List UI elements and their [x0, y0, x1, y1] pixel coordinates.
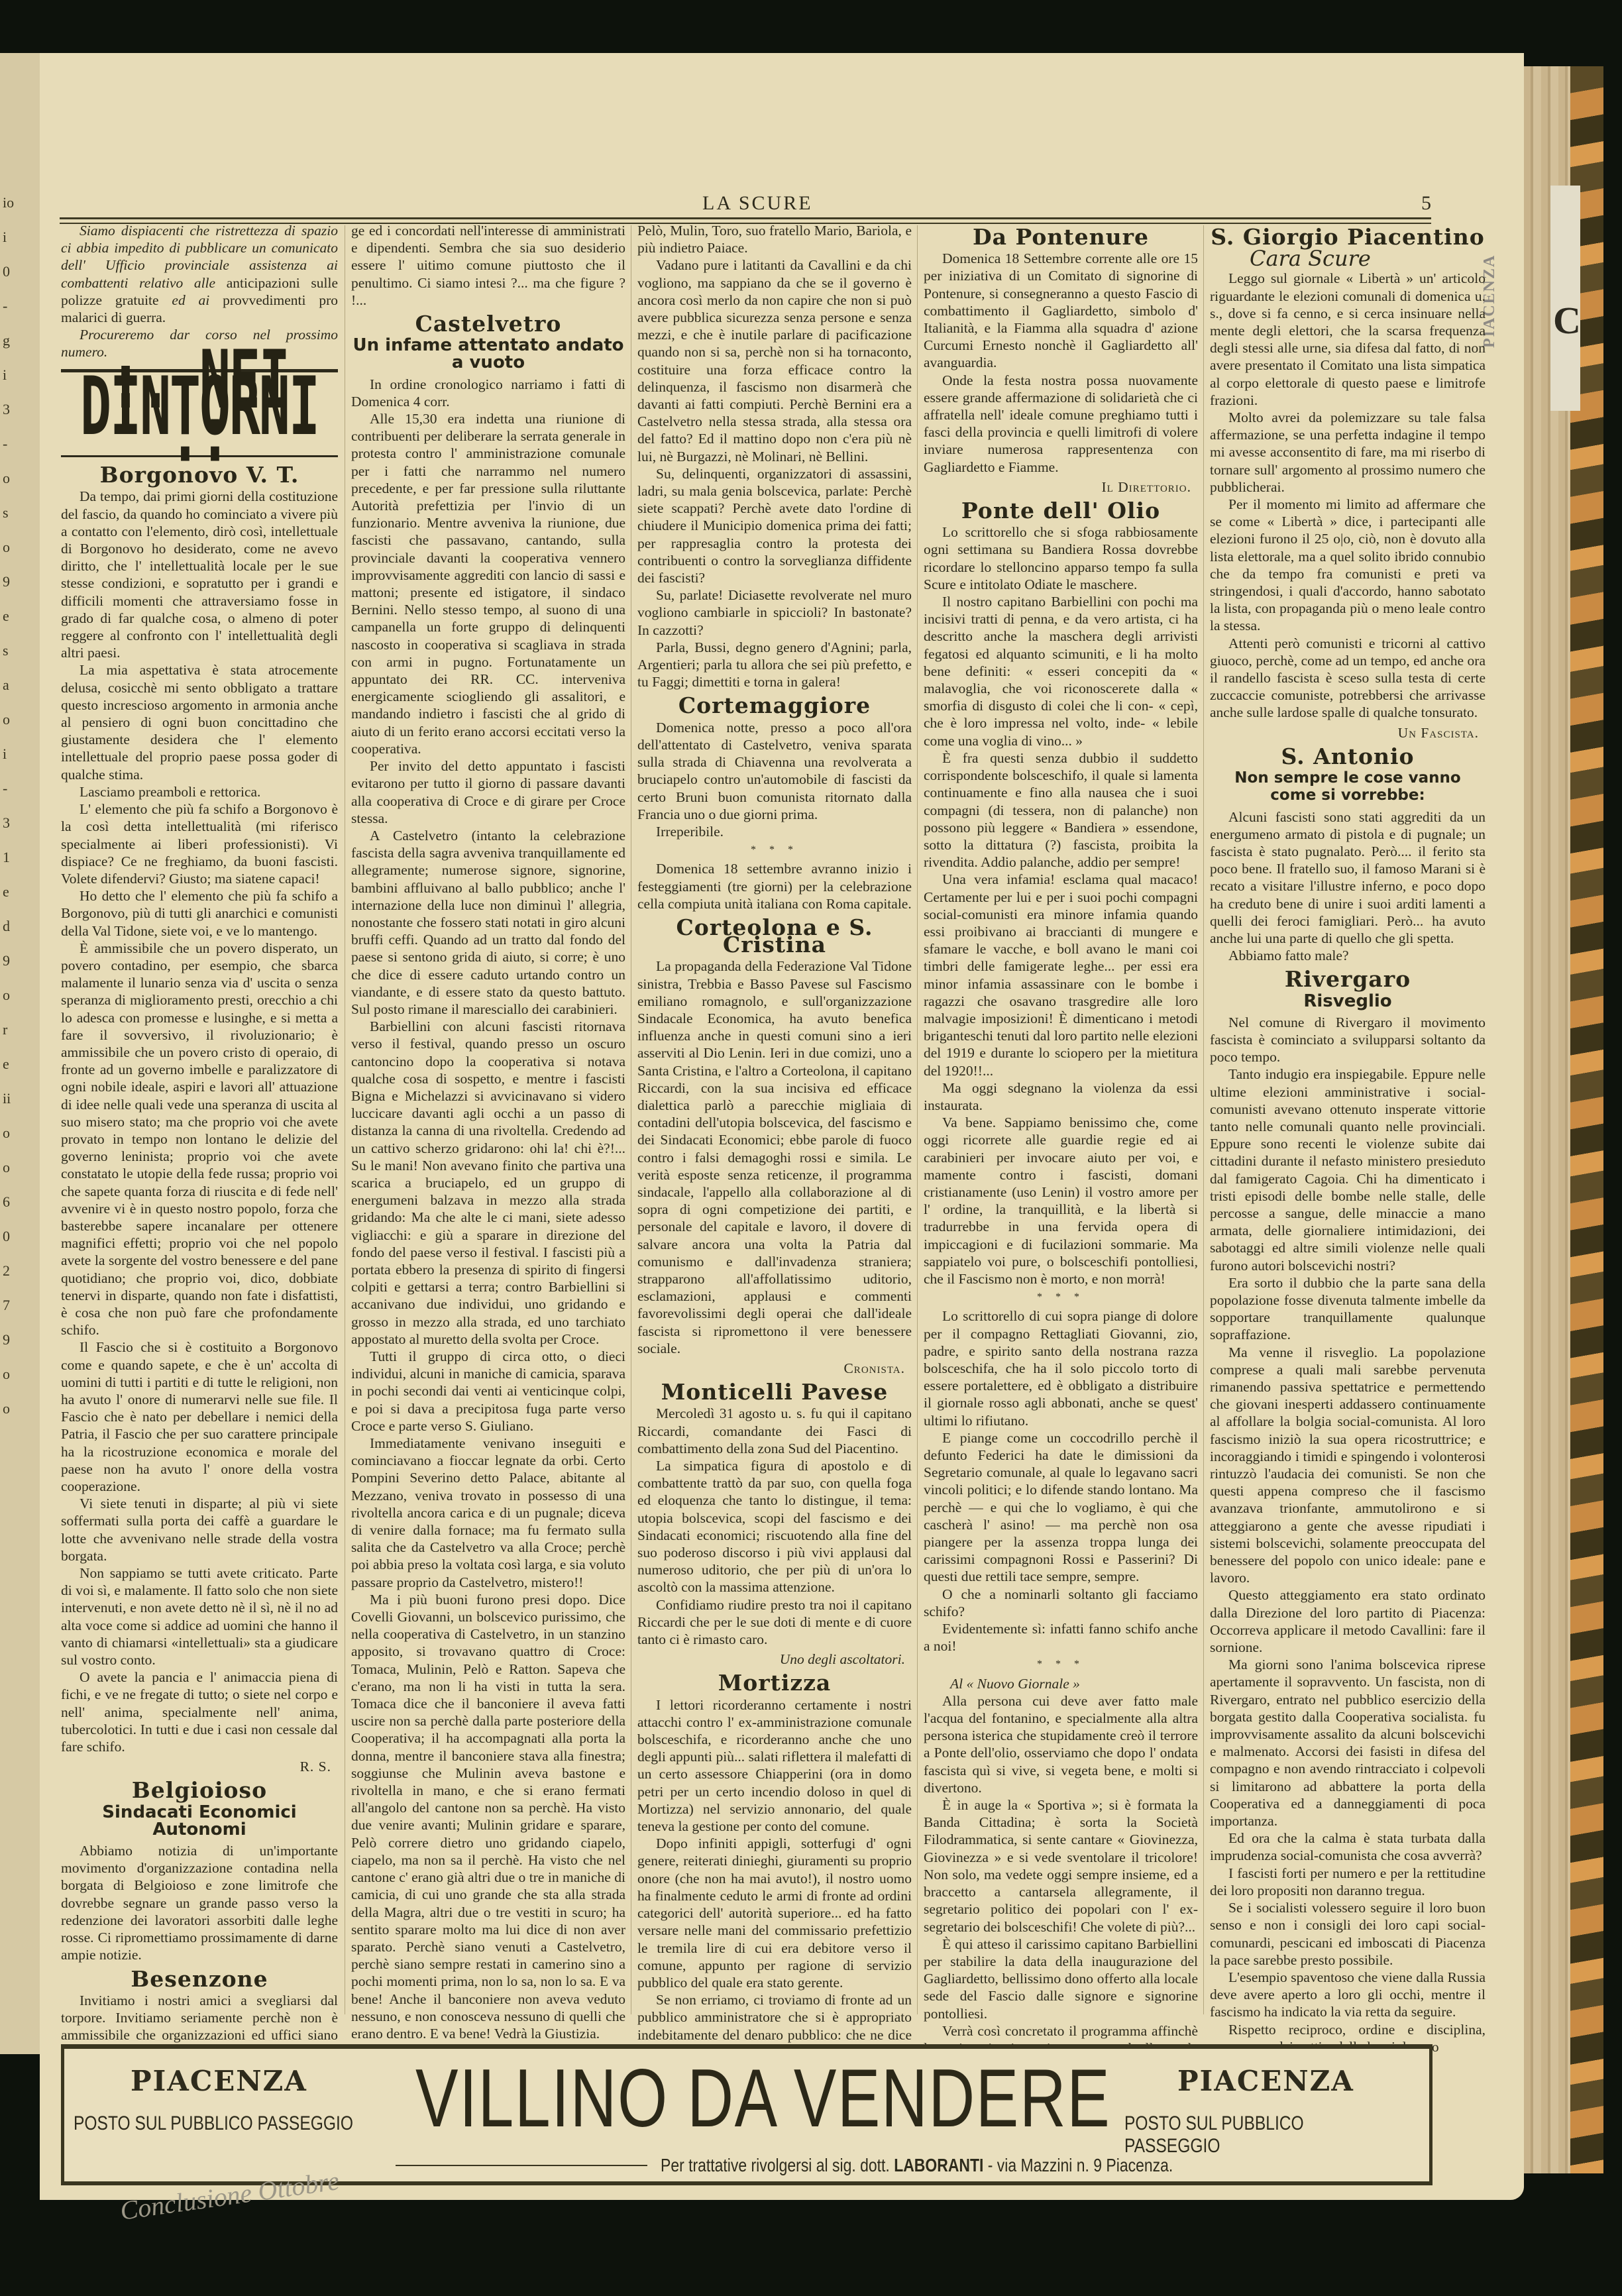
letter-salutation: Cara Scure	[1250, 250, 1486, 267]
article-body-castelvetro: In ordine cronologico narriamo i fatti d…	[351, 376, 625, 2095]
paragraph: Se i socialisti volessero seguire il lor…	[1210, 1899, 1486, 1969]
paragraph: Da tempo, dai primi giorni della costitu…	[61, 488, 338, 661]
letter-title: Al « Nuovo Giornale »	[950, 1675, 1198, 1692]
article-body-cortemaggiore-2: Domenica 18 settembre avranno inizio i f…	[637, 860, 912, 912]
paragraph: Era sorto il dubbio che la parte sana de…	[1210, 1274, 1486, 1344]
edge-glyph: 9	[3, 565, 29, 599]
adjacent-page-text: ioi0-gi3-oso9esaoi-31ed9oreiioo60279oo	[3, 186, 29, 1975]
edge-glyph: 0	[3, 1219, 29, 1254]
article-body-borgonovo: Da tempo, dai primi giorni della costitu…	[61, 488, 338, 1755]
paragraph: L' elemento che più fa schifo a Borgonov…	[61, 800, 338, 887]
edge-glyph: io	[3, 186, 29, 220]
paragraph: L'esempio spaventoso che viene dalla Rus…	[1210, 1969, 1486, 2021]
column-3: Pelò, Mulin, Toro, suo fratello Mario, B…	[637, 222, 912, 2083]
paragraph: Ma i più buoni furono presi dopo. Dice C…	[351, 1591, 625, 2042]
ad-subtitle-left: POSTO SUL PUBBLICO PASSEGGIO	[74, 2112, 353, 2135]
paragraph: Ma giorni sono l'anima bolscevica ripres…	[1210, 1656, 1486, 1830]
article-heading-monticelli: Monticelli Pavese	[637, 1384, 912, 1401]
article-heading-s-antonio: S. Antonio	[1210, 748, 1486, 765]
edge-glyph: 3	[3, 806, 29, 840]
paragraph: Lasciamo preamboli e rettorica.	[61, 783, 338, 800]
paragraph: Evidentemente sì: infatti fanno schifo a…	[924, 1620, 1198, 1655]
paragraph: Domenica 18 Settembre corrente alle ore …	[924, 250, 1198, 371]
paragraph: Su, parlate! Diciasette revolverate nel …	[637, 586, 912, 639]
article-heading-castelvetro: Castelvetro	[351, 315, 625, 333]
article-body-monticelli: Mercoledì 31 agosto u. s. fu qui il capi…	[637, 1405, 912, 1648]
edge-glyph: 3	[3, 392, 29, 427]
continued-text: Pelò, Mulin, Toro, suo fratello Mario, B…	[637, 222, 912, 690]
paragraph: Dopo infiniti appigli, sotterfugi d' ogn…	[637, 1835, 912, 1991]
paragraph: E piange come un coccodrillo perchè il d…	[924, 1429, 1198, 1586]
paragraph: Per invito del detto appuntato i fascist…	[351, 757, 625, 827]
article-heading-corteolona: Corteolona e S. Cristina	[637, 919, 912, 954]
column-divider	[1203, 225, 1204, 2014]
article-subheading-s-antonio: Non sempre le cose vanno come si vorrebb…	[1210, 769, 1486, 804]
article-body-s-giorgio: Leggo sul giornale « Libertà » un' artic…	[1210, 270, 1486, 721]
paragraph: È qui atteso il carissimo capitano Barbi…	[924, 1936, 1198, 2022]
edge-glyph: 0	[3, 254, 29, 289]
article-subheading-castelvetro: Un infame attentato andato a vuoto	[351, 337, 625, 371]
article-body-belgioioso: Abbiamo notizia di un'importante movimen…	[61, 1842, 338, 1963]
paragraph: Ma venne il risveglio. La popolazione co…	[1210, 1344, 1486, 1587]
edge-glyph: 7	[3, 1288, 29, 1323]
paragraph: Non sappiamo se tutti avete criticato. P…	[61, 1564, 338, 1668]
paragraph: A Castelvetro (intanto la celebrazione f…	[351, 827, 625, 1018]
edge-glyph: 2	[3, 1254, 29, 1288]
paragraph: La mia aspettativa è stata atrocemente d…	[61, 661, 338, 783]
paragraph: Nel comune di Rivergaro il movimento fas…	[1210, 1014, 1486, 1066]
edge-glyph: i	[3, 358, 29, 392]
paragraph: Barbiellini con alcuni fascisti ritornav…	[351, 1018, 625, 1348]
paragraph: Abbiamo notizia di un'importante movimen…	[61, 1842, 338, 1963]
edge-glyph: o	[3, 461, 29, 496]
column-divider	[345, 225, 345, 2014]
edge-glyph: o	[3, 1392, 29, 1426]
article-heading-s-giorgio: S. Giorgio Piacentino	[1210, 229, 1486, 246]
edge-glyph: r	[3, 1012, 29, 1047]
edge-glyph: d	[3, 909, 29, 944]
paragraph: Ed ora che la calma è stata turbata dall…	[1210, 1830, 1486, 1864]
paragraph: Una vera infamia! esclama qual macaco! C…	[924, 871, 1198, 1079]
article-body-pontenure: Domenica 18 Settembre corrente alle ore …	[924, 250, 1198, 476]
edge-glyph: s	[3, 496, 29, 530]
ad-city-left: PIACENZA	[131, 2065, 307, 2097]
article-heading-mortizza: Mortizza	[637, 1674, 912, 1692]
article-subheading-rivergaro: Risveglio	[1210, 993, 1486, 1010]
article-heading-belgioioso: Belgioioso	[61, 1782, 338, 1799]
paragraph: I lettori ricorderanno certamente i nost…	[637, 1696, 912, 1835]
edge-glyph: g	[3, 323, 29, 358]
edge-glyph: i	[3, 220, 29, 254]
article-body-ponte-olio-2: Lo scrittorello di cui sopra piange di d…	[924, 1307, 1198, 1655]
paragraph: Attenti però comunisti e tricorni al cat…	[1210, 635, 1486, 722]
article-signature: Un Fascista.	[1210, 724, 1479, 741]
article-heading-pontenure: Da Pontenure	[924, 229, 1198, 246]
paragraph: Alle 15,30 era indetta una riunione di c…	[351, 410, 625, 757]
paragraph: I fascisti forti per numero e per la ret…	[1210, 1865, 1486, 1899]
paragraph: Confidiamo riudire presto tra noi il cap…	[637, 1596, 912, 1649]
edge-glyph: 9	[3, 944, 29, 978]
paragraph: Vadano pure i latitanti da Cavallini e d…	[637, 256, 912, 465]
edge-glyph: -	[3, 289, 29, 323]
column-4: Da Pontenure Domenica 18 Settembre corre…	[924, 222, 1198, 2092]
edge-glyph: o	[3, 1116, 29, 1150]
article-body-nuovo-giornale: Alla persona cui deve aver fatto male l'…	[924, 1692, 1198, 2092]
paragraph: Su, delinquenti, organizzatori di assass…	[637, 465, 912, 586]
paragraph: È ammissibile che un povero disperato, u…	[61, 940, 338, 1339]
ad-city-right: PIACENZA	[1177, 2065, 1354, 2097]
edge-glyph: -	[3, 771, 29, 806]
article-body-ponte-olio: Lo scrittorello che si sfoga rabbiosamen…	[924, 523, 1198, 1287]
edge-glyph: o	[3, 702, 29, 737]
edge-glyph: e	[3, 875, 29, 909]
paragraph: Va bene. Sappiamo benissimo che, come og…	[924, 1114, 1198, 1287]
paragraph: Alla persona cui deve aver fatto male l'…	[924, 1692, 1198, 1796]
ad-subtitle-right: POSTO SUL PUBBLICO PASSEGGIO	[1124, 2112, 1374, 2158]
advertisement-villino: PIACENZA POSTO SUL PUBBLICO PASSEGGIO VI…	[61, 2044, 1433, 2185]
article-heading-ponte-olio: Ponte dell' Olio	[924, 502, 1198, 519]
paragraph: Leggo sul giornale « Libertà » un' artic…	[1210, 270, 1486, 409]
article-body-cortemaggiore: Domenica notte, presso a poco all'ora de…	[637, 719, 912, 840]
paragraph: Pelò, Mulin, Toro, suo fratello Mario, B…	[637, 222, 912, 256]
paragraph: Lo scrittorello di cui sopra piange di d…	[924, 1307, 1198, 1429]
column-5: S. Giorgio Piacentino Cara Scure Leggo s…	[1210, 222, 1486, 2055]
edge-glyph: o	[3, 1150, 29, 1185]
column-divider	[917, 225, 918, 2014]
newspaper-title: LA SCURE	[702, 192, 813, 215]
article-body-corteolona: La propaganda della Federazione Val Tido…	[637, 957, 912, 1357]
continued-text: ge ed i concordati nell'interesse di amm…	[351, 222, 625, 309]
edge-glyph: e	[3, 1047, 29, 1081]
paragraph: In ordine cronologico narriamo i fatti d…	[351, 376, 625, 410]
edge-glyph: a	[3, 668, 29, 702]
article-signature: R. S.	[61, 1758, 331, 1775]
paragraph: Irreperibile.	[637, 823, 912, 840]
paragraph: O che a nominarli soltanto gli facciamo …	[924, 1586, 1198, 1620]
column-divider	[631, 225, 631, 2014]
paragraph: Questo atteggiamento era stato ordinato …	[1210, 1586, 1486, 1656]
paragraph: Ma oggi sdegnano la violenza da essi ins…	[924, 1079, 1198, 1114]
paragraph: Alcuni fascisti sono stati aggrediti da …	[1210, 808, 1486, 948]
article-body-rivergaro: Nel comune di Rivergaro il movimento fas…	[1210, 1014, 1486, 2055]
paragraph: Abbiamo fatto male?	[1210, 947, 1486, 964]
column-2: ge ed i concordati nell'interesse di amm…	[351, 222, 625, 2095]
article-signature: Il Direttorio.	[924, 478, 1191, 496]
article-signature: Uno degli ascoltatori.	[637, 1651, 905, 1668]
page-number: 5	[1421, 192, 1431, 215]
edge-glyph: o	[3, 978, 29, 1012]
ad-rule	[396, 2165, 647, 2166]
paragraph: Molto avrei da polemizzare su tale falsa…	[1210, 409, 1486, 496]
article-signature: Cronista.	[637, 1360, 905, 1377]
paragraph: Per il momento mi limito ad affermare ch…	[1210, 496, 1486, 635]
edge-glyph: 9	[3, 1323, 29, 1357]
edge-glyph: e	[3, 599, 29, 633]
paragraph: Domenica notte, presso a poco all'ora de…	[637, 719, 912, 823]
paragraph: Domenica 18 settembre avranno inizio i f…	[637, 860, 912, 912]
article-heading-cortemaggiore: Cortemaggiore	[637, 697, 912, 714]
paragraph: La propaganda della Federazione Val Tido…	[637, 957, 912, 1357]
paragraph: O avete la pancia e l' animaccia piena d…	[61, 1668, 338, 1755]
edge-glyph: ii	[3, 1081, 29, 1116]
paragraph: Vi siete tenuti in disparte; al più vi s…	[61, 1495, 338, 1564]
edge-glyph: o	[3, 530, 29, 565]
edge-glyph: 1	[3, 840, 29, 875]
page-header: LA SCURE 5	[66, 192, 1431, 219]
edge-glyph: -	[3, 427, 29, 461]
section-separator: * * *	[924, 1656, 1198, 1673]
paragraph: Lo scrittorello che si sfoga rabbiosamen…	[924, 523, 1198, 593]
article-body-mortizza: I lettori ricorderanno certamente i nost…	[637, 1696, 912, 2061]
spine-label-tab: C	[1550, 186, 1580, 411]
article-heading-besenzone: Besenzone	[61, 1971, 338, 1988]
paragraph: Onde la festa nostra possa nuovamente es…	[924, 372, 1198, 476]
ad-contact: Per trattative rivolgersi al sig. dott. …	[661, 2155, 1173, 2176]
editorial-notice: Siamo dispiacenti che ristrettezza di sp…	[61, 222, 338, 326]
article-body-s-antonio: Alcuni fascisti sono stati aggrediti da …	[1210, 808, 1486, 965]
paragraph: Mercoledì 31 agosto u. s. fu qui il capi…	[637, 1405, 912, 1457]
section-separator: * * *	[637, 842, 912, 859]
paragraph: Il Fascio che si è costituito a Borgonov…	[61, 1339, 338, 1495]
paragraph: Parla, Bussi, degno genero d'Agnini; par…	[637, 639, 912, 691]
article-subheading-belgioioso: Sindacati Economici Autonomi	[61, 1804, 338, 1838]
section-banner-nei-dintorni: :. NEI DINTORNI .:	[61, 369, 338, 458]
paragraph: Ho detto che l' elemento che più fa schi…	[61, 887, 338, 940]
column-1: Siamo dispiacenti che ristrettezza di sp…	[61, 222, 338, 2130]
article-heading-rivergaro: Rivergaro	[1210, 971, 1486, 988]
section-separator: * * *	[924, 1289, 1198, 1306]
adjacent-page-edge: ioi0-gi3-oso9esaoi-31ed9oreiioo60279oo	[0, 53, 42, 2054]
edge-glyph: s	[3, 633, 29, 668]
paragraph: Il nostro capitano Barbiellini con pochi…	[924, 593, 1198, 749]
spine-tab-glyph: C	[1553, 298, 1581, 343]
paragraph: Tutti il gruppo di circa otto, o dieci i…	[351, 1348, 625, 1435]
edge-glyph: 6	[3, 1185, 29, 1219]
paragraph: È in auge la « Sportiva »; si è formata …	[924, 1796, 1198, 1936]
paragraph: È fra questi senza dubbio il suddetto co…	[924, 749, 1198, 871]
edge-glyph: o	[3, 1357, 29, 1392]
paragraph: Immediatamente venivano inseguiti e comi…	[351, 1435, 625, 1591]
paragraph: Tanto indugio era inspiegabile. Eppure n…	[1210, 1066, 1486, 1274]
ad-headline: VILLINO DA VENDERE	[415, 2051, 1110, 2146]
paragraph: La simpatica figura di apostolo e di com…	[637, 1457, 912, 1596]
edge-glyph: i	[3, 737, 29, 771]
